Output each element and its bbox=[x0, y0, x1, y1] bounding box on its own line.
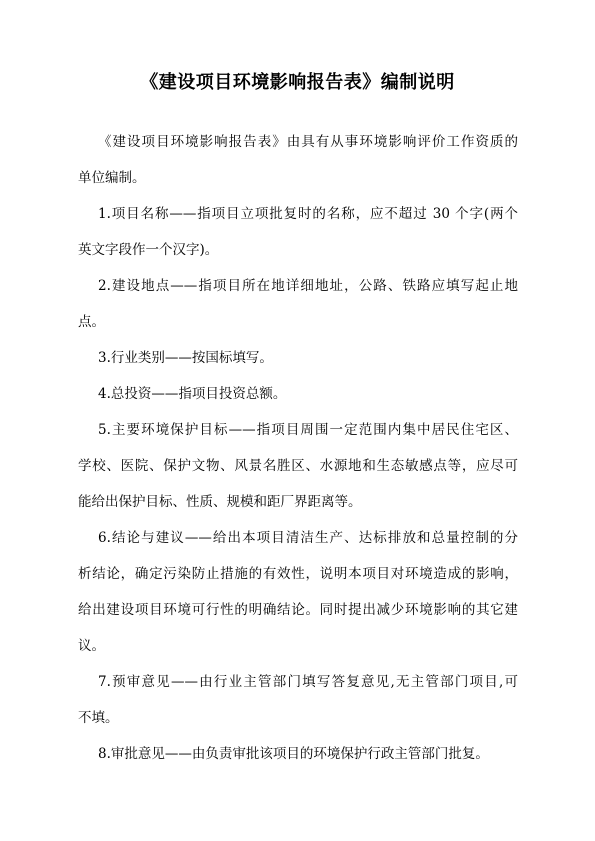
text-line: 2.建设地点——指项目所在地详细地址，公路、铁路应填写起止地 bbox=[78, 268, 518, 304]
text-line: 析结论，确定污染防止措施的有效性，说明本项目对环境造成的影响， bbox=[78, 556, 518, 592]
paragraph: 2.建设地点——指项目所在地详细地址，公路、铁路应填写起止地点。 bbox=[78, 268, 518, 340]
text-line: 能给出保护目标、性质、规模和距厂界距离等。 bbox=[78, 484, 518, 520]
text-line: 1.项目名称——指项目立项批复时的名称，应不超过 30 个字(两个 bbox=[78, 196, 518, 232]
paragraph: 《建设项目环境影响报告表》由具有从事环境影响评价工作资质的单位编制。 bbox=[78, 124, 518, 196]
paragraph: 6.结论与建议——给出本项目清洁生产、达标排放和总量控制的分析结论，确定污染防止… bbox=[78, 520, 518, 664]
document-body: 《建设项目环境影响报告表》由具有从事环境影响评价工作资质的单位编制。1.项目名称… bbox=[78, 124, 518, 772]
text-line: 4.总投资——指项目投资总额。 bbox=[78, 376, 518, 412]
text-line: 议。 bbox=[78, 628, 518, 664]
paragraph: 5.主要环境保护目标——指项目周围一定范围内集中居民住宅区、学校、医院、保护文物… bbox=[78, 412, 518, 520]
text-line: 5.主要环境保护目标——指项目周围一定范围内集中居民住宅区、 bbox=[78, 412, 518, 448]
text-line: 给出建设项目环境可行性的明确结论。同时提出减少环境影响的其它建 bbox=[78, 592, 518, 628]
text-line: 8.审批意见——由负责审批该项目的环境保护行政主管部门批复。 bbox=[78, 736, 518, 772]
document-page: 《建设项目环境影响报告表》编制说明 《建设项目环境影响报告表》由具有从事环境影响… bbox=[0, 0, 595, 841]
text-line: 学校、医院、保护文物、风景名胜区、水源地和生态敏感点等，应尽可 bbox=[78, 448, 518, 484]
paragraph: 8.审批意见——由负责审批该项目的环境保护行政主管部门批复。 bbox=[78, 736, 518, 772]
text-line: 点。 bbox=[78, 304, 518, 340]
text-line: 不填。 bbox=[78, 700, 518, 736]
text-line: 6.结论与建议——给出本项目清洁生产、达标排放和总量控制的分 bbox=[78, 520, 518, 556]
paragraph: 7.预审意见——由行业主管部门填写答复意见,无主管部门项目,可不填。 bbox=[78, 664, 518, 736]
text-line: 3.行业类别——按国标填写。 bbox=[78, 340, 518, 376]
paragraph: 1.项目名称——指项目立项批复时的名称，应不超过 30 个字(两个英文字段作一个… bbox=[78, 196, 518, 268]
text-line: 《建设项目环境影响报告表》由具有从事环境影响评价工作资质的 bbox=[78, 124, 518, 160]
paragraph: 3.行业类别——按国标填写。 bbox=[78, 340, 518, 376]
text-line: 7.预审意见——由行业主管部门填写答复意见,无主管部门项目,可 bbox=[78, 664, 518, 700]
page-title: 《建设项目环境影响报告表》编制说明 bbox=[0, 64, 595, 100]
text-line: 单位编制。 bbox=[78, 160, 518, 196]
paragraph: 4.总投资——指项目投资总额。 bbox=[78, 376, 518, 412]
text-line: 英文字段作一个汉字)。 bbox=[78, 232, 518, 268]
